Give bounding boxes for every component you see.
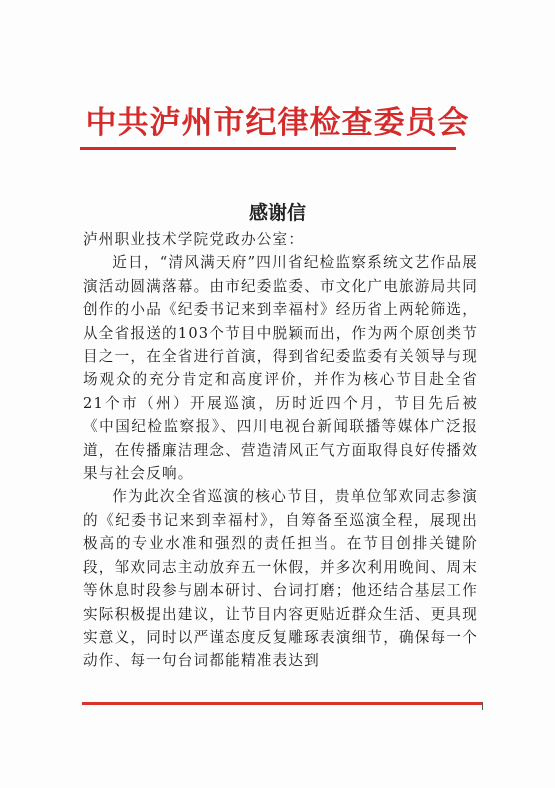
- document-page: 中共泸州市纪律检查委员会 感谢信 泸州职业技术学院党政办公室： 近日，“清风满天…: [0, 0, 555, 788]
- paragraph-2: 作为此次全省巡演的核心节目，贵单位邹欢同志参演的《纪委书记来到幸福村》，自筹备至…: [83, 485, 478, 672]
- salutation: 泸州职业技术学院党政办公室：: [83, 228, 478, 251]
- footer-rule-tick: [482, 702, 483, 710]
- letter-body: 泸州职业技术学院党政办公室： 近日，“清风满天府”四川省纪检监察系统文艺作品展演…: [83, 228, 478, 673]
- letterhead-title: 中共泸州市纪律检查委员会: [0, 103, 555, 143]
- letterhead-red-rule: [80, 147, 456, 150]
- footer-red-rule: [82, 702, 482, 705]
- paragraph-1: 近日，“清风满天府”四川省纪检监察系统文艺作品展演活动圆满落幕。由市纪委监委、市…: [83, 251, 478, 485]
- document-title: 感谢信: [0, 198, 555, 225]
